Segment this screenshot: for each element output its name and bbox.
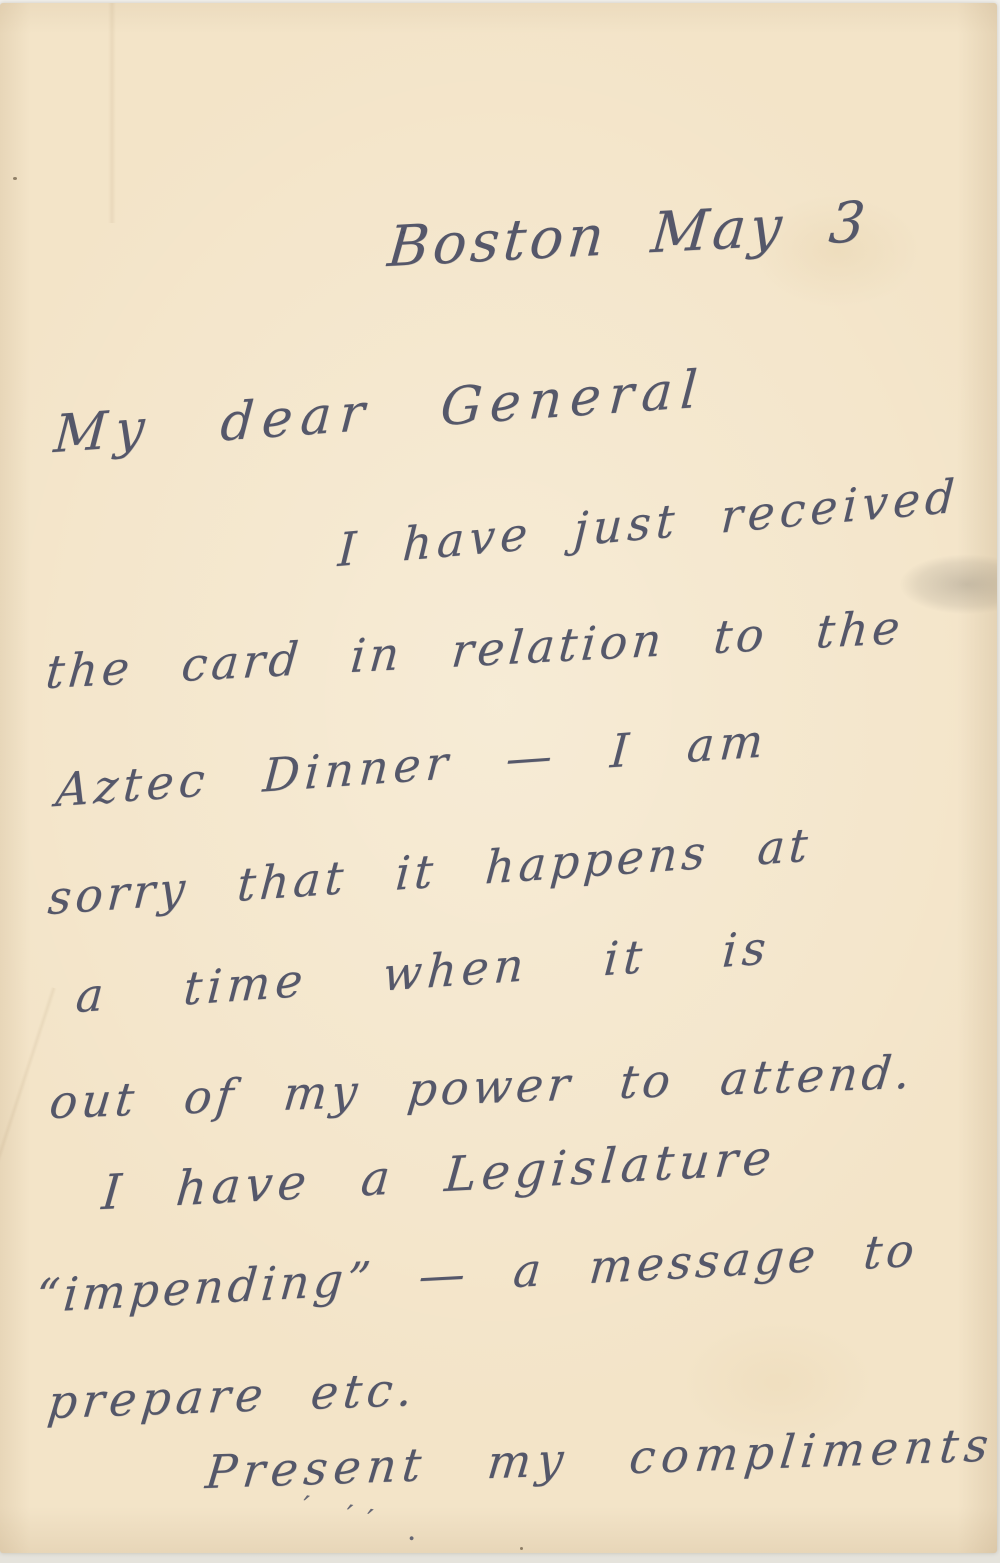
salutation-line: My dear General <box>52 359 707 465</box>
ink-stray-marks: ′ ′′ . <box>298 1490 435 1552</box>
letter-photo: Boston May 3 My dear General I have just… <box>0 0 1000 1563</box>
paper-crease <box>108 3 116 223</box>
closing-line: Present my compliments <box>203 1417 997 1499</box>
paper-crease <box>0 987 57 1179</box>
body-line: the card in relation to the <box>44 600 906 699</box>
place-date-line: Boston May 3 <box>385 190 872 281</box>
body-line: prepare etc. <box>45 1362 420 1429</box>
body-line: sorry that it happens at <box>46 817 813 925</box>
body-line: a time when it is <box>74 920 772 1023</box>
paper-speck <box>13 177 17 180</box>
letter-paper: Boston May 3 My dear General I have just… <box>0 3 997 1553</box>
body-line: out of my power to attend. <box>47 1045 917 1129</box>
body-line: Aztec Dinner — I am <box>54 713 770 817</box>
body-line: “impending” — a message to <box>34 1223 921 1324</box>
body-line: I have a Legislature <box>100 1130 779 1222</box>
body-line: I have just received <box>337 468 961 577</box>
paper-speck <box>520 1547 523 1550</box>
